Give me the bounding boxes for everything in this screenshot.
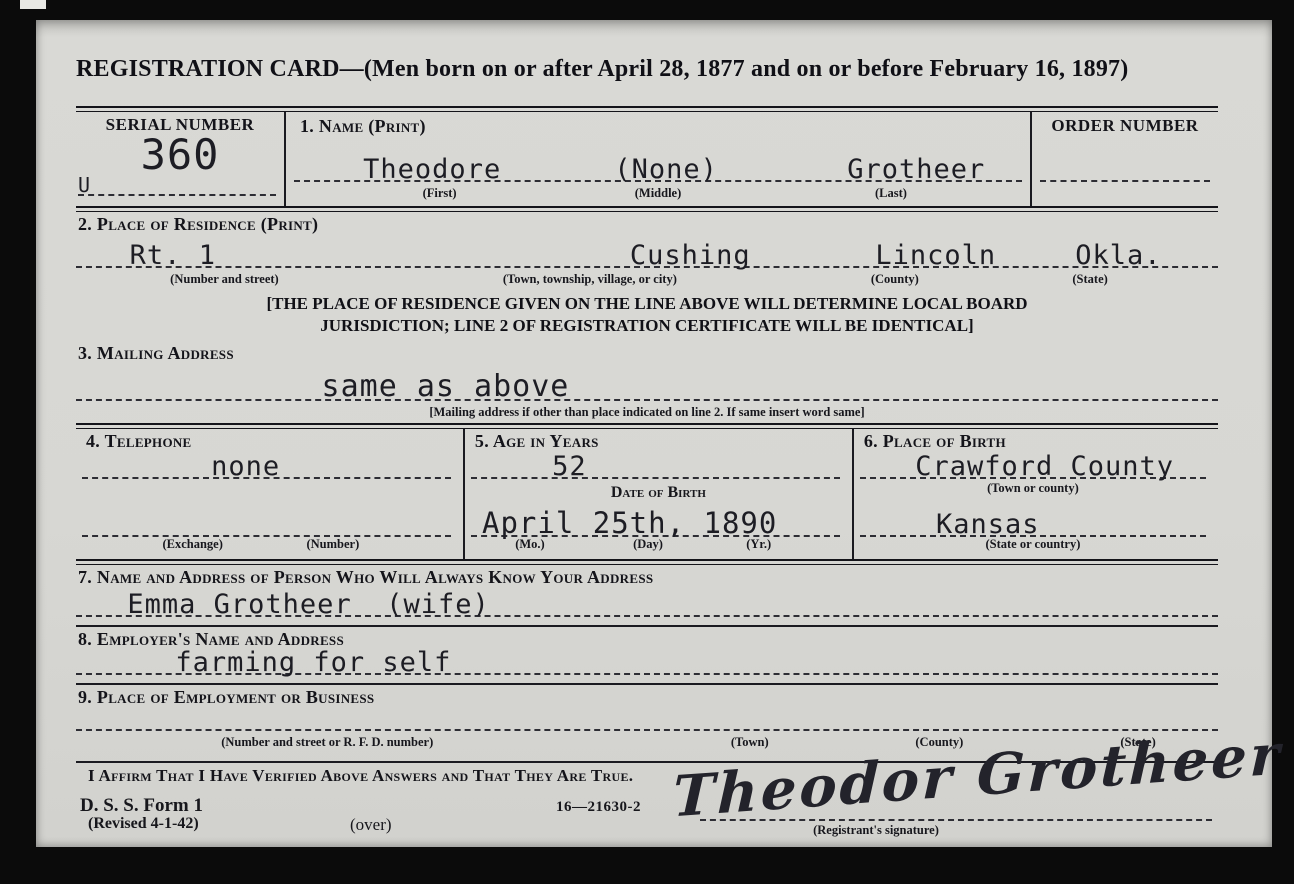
- name-line: Theodore (None) Grotheer: [294, 180, 1022, 182]
- caption-first: (First): [423, 186, 457, 201]
- dob-line: April 25th, 1890: [471, 513, 840, 537]
- order-number-line: [1040, 166, 1210, 182]
- contact-row: 7. Name and Address of Person Who Will A…: [76, 565, 1218, 627]
- caption-emp-town: (Town): [731, 735, 769, 750]
- signature-caption: (Registrant's signature): [813, 823, 939, 838]
- print-code: 16—21630-2: [556, 799, 641, 816]
- scanned-card-page: REGISTRATION CARD—(Men born on or after …: [0, 0, 1294, 884]
- dob-label: Date of Birth: [465, 484, 852, 502]
- footer-row: D. S. S. Form 1 (Revised 4-1-42) (over) …: [76, 789, 1218, 873]
- caption-last: (Last): [875, 186, 907, 201]
- order-number-section: ORDER NUMBER: [1030, 112, 1218, 206]
- caption-state: (State): [1072, 272, 1107, 287]
- residence-label: 2. Place of Residence (Print): [78, 214, 318, 235]
- contact-line: Emma Grotheer (wife): [76, 615, 1218, 617]
- birthplace-town-line: Crawford County (Town or county): [860, 457, 1206, 479]
- age-line: 52: [471, 457, 840, 479]
- birthplace-label: 6. Place of Birth: [864, 431, 1006, 452]
- mailing-value: same as above: [322, 369, 570, 404]
- residence-state-value: Okla.: [1075, 240, 1161, 271]
- registration-card: REGISTRATION CARD—(Men born on or after …: [36, 20, 1272, 847]
- birthplace-section: 6. Place of Birth Crawford County (Town …: [854, 429, 1218, 559]
- serial-number-line: U: [78, 168, 276, 196]
- mailing-caption-row: [Mailing address if other than place ind…: [76, 403, 1218, 419]
- affirmation-text: I Affirm That I Have Verified Above Answ…: [88, 766, 633, 786]
- employer-row: 8. Employer's Name and Address farming f…: [76, 627, 1218, 685]
- card-content: REGISTRATION CARD—(Men born on or after …: [76, 42, 1218, 873]
- order-number-label: ORDER NUMBER: [1032, 112, 1218, 136]
- caption-mo: (Mo.): [515, 537, 545, 552]
- name-middle-value: (None): [614, 154, 718, 185]
- dob-value: April 25th, 1890: [482, 506, 777, 540]
- caption-day: (Day): [633, 537, 663, 552]
- age-section: 5. Age in Years 52 Date of Birth April 2…: [465, 429, 854, 559]
- caption-street-rfd: (Number and street or R. F. D. number): [221, 735, 433, 750]
- mailing-caption: [Mailing address if other than place ind…: [429, 405, 864, 419]
- telephone-line: none: [82, 457, 451, 479]
- caption-middle: (Middle): [635, 186, 682, 201]
- caption-number: (Number): [306, 537, 359, 552]
- telephone-section: 4. Telephone none (Exchange) (Number): [76, 429, 465, 559]
- name-captions: (First) (Middle) (Last): [294, 186, 1022, 202]
- caption-town: (Town, township, village, or city): [503, 272, 677, 287]
- form-number: D. S. S. Form 1: [80, 795, 203, 817]
- name-last-value: Grotheer: [847, 154, 985, 185]
- serial-number-section: SERIAL NUMBER 360 U: [76, 112, 286, 206]
- dob-captions: (Mo.) (Day) (Yr.): [471, 537, 840, 553]
- scan-artifact: [20, 0, 46, 9]
- birthplace-state-value: Kansas: [936, 509, 1040, 540]
- caption-exchange: (Exchange): [162, 537, 222, 552]
- age-label: 5. Age in Years: [475, 431, 599, 452]
- residence-street-value: Rt. 1: [130, 240, 216, 271]
- mailing-line: same as above: [76, 399, 1218, 401]
- card-title: REGISTRATION CARD—(Men born on or after …: [76, 42, 1218, 106]
- employer-value: farming for self: [175, 647, 451, 678]
- residence-line: Rt. 1 Cushing Lincoln Okla.: [76, 266, 1218, 268]
- birthplace-town-value: Crawford County: [915, 451, 1174, 482]
- over-note: (over): [350, 815, 392, 835]
- board-notice: [THE PLACE OF RESIDENCE GIVEN ON THE LIN…: [76, 290, 1218, 341]
- name-section: 1. Name (Print) Theodore (None) Grotheer…: [286, 112, 1030, 206]
- caption-state-or-country: (State or country): [946, 537, 1119, 552]
- contact-label: 7. Name and Address of Person Who Will A…: [78, 567, 653, 588]
- residence-captions: (Number and street) (Town, township, vil…: [76, 272, 1218, 288]
- name-row: SERIAL NUMBER 360 U 1. Name (Print) Theo…: [76, 112, 1218, 206]
- age-value: 52: [552, 451, 587, 482]
- telephone-age-birth-row: 4. Telephone none (Exchange) (Number) 5.…: [76, 429, 1218, 559]
- mailing-row: 3. Mailing Address same as above [Mailin…: [76, 341, 1218, 423]
- residence-row: 2. Place of Residence (Print) Rt. 1 Cush…: [76, 212, 1218, 290]
- mailing-label: 3. Mailing Address: [78, 343, 234, 364]
- form-revision: (Revised 4-1-42): [88, 815, 199, 833]
- caption-yr: (Yr.): [746, 537, 771, 552]
- employment-label: 9. Place of Employment or Business: [78, 687, 374, 708]
- employer-line: farming for self: [76, 673, 1218, 675]
- serial-number-prefix: U: [78, 173, 91, 197]
- telephone-value: none: [211, 451, 280, 482]
- employment-line: [76, 729, 1218, 731]
- name-label: 1. Name (Print): [300, 116, 426, 137]
- board-notice-line2: JURISDICTION; LINE 2 OF REGISTRATION CER…: [76, 315, 1218, 337]
- residence-town-value: Cushing: [630, 240, 751, 271]
- caption-county: (County): [871, 272, 919, 287]
- telephone-captions: (Exchange) (Number): [82, 537, 451, 553]
- birthplace-state-line: Kansas (State or country): [860, 513, 1206, 537]
- contact-value: Emma Grotheer (wife): [127, 589, 489, 620]
- board-notice-line1: [THE PLACE OF RESIDENCE GIVEN ON THE LIN…: [76, 293, 1218, 315]
- residence-county-value: Lincoln: [875, 240, 996, 271]
- telephone-line2: [82, 513, 451, 537]
- caption-town-or-county: (Town or county): [946, 481, 1119, 496]
- telephone-label: 4. Telephone: [86, 431, 192, 452]
- name-first-value: Theodore: [363, 154, 501, 185]
- caption-street: (Number and street): [170, 272, 279, 287]
